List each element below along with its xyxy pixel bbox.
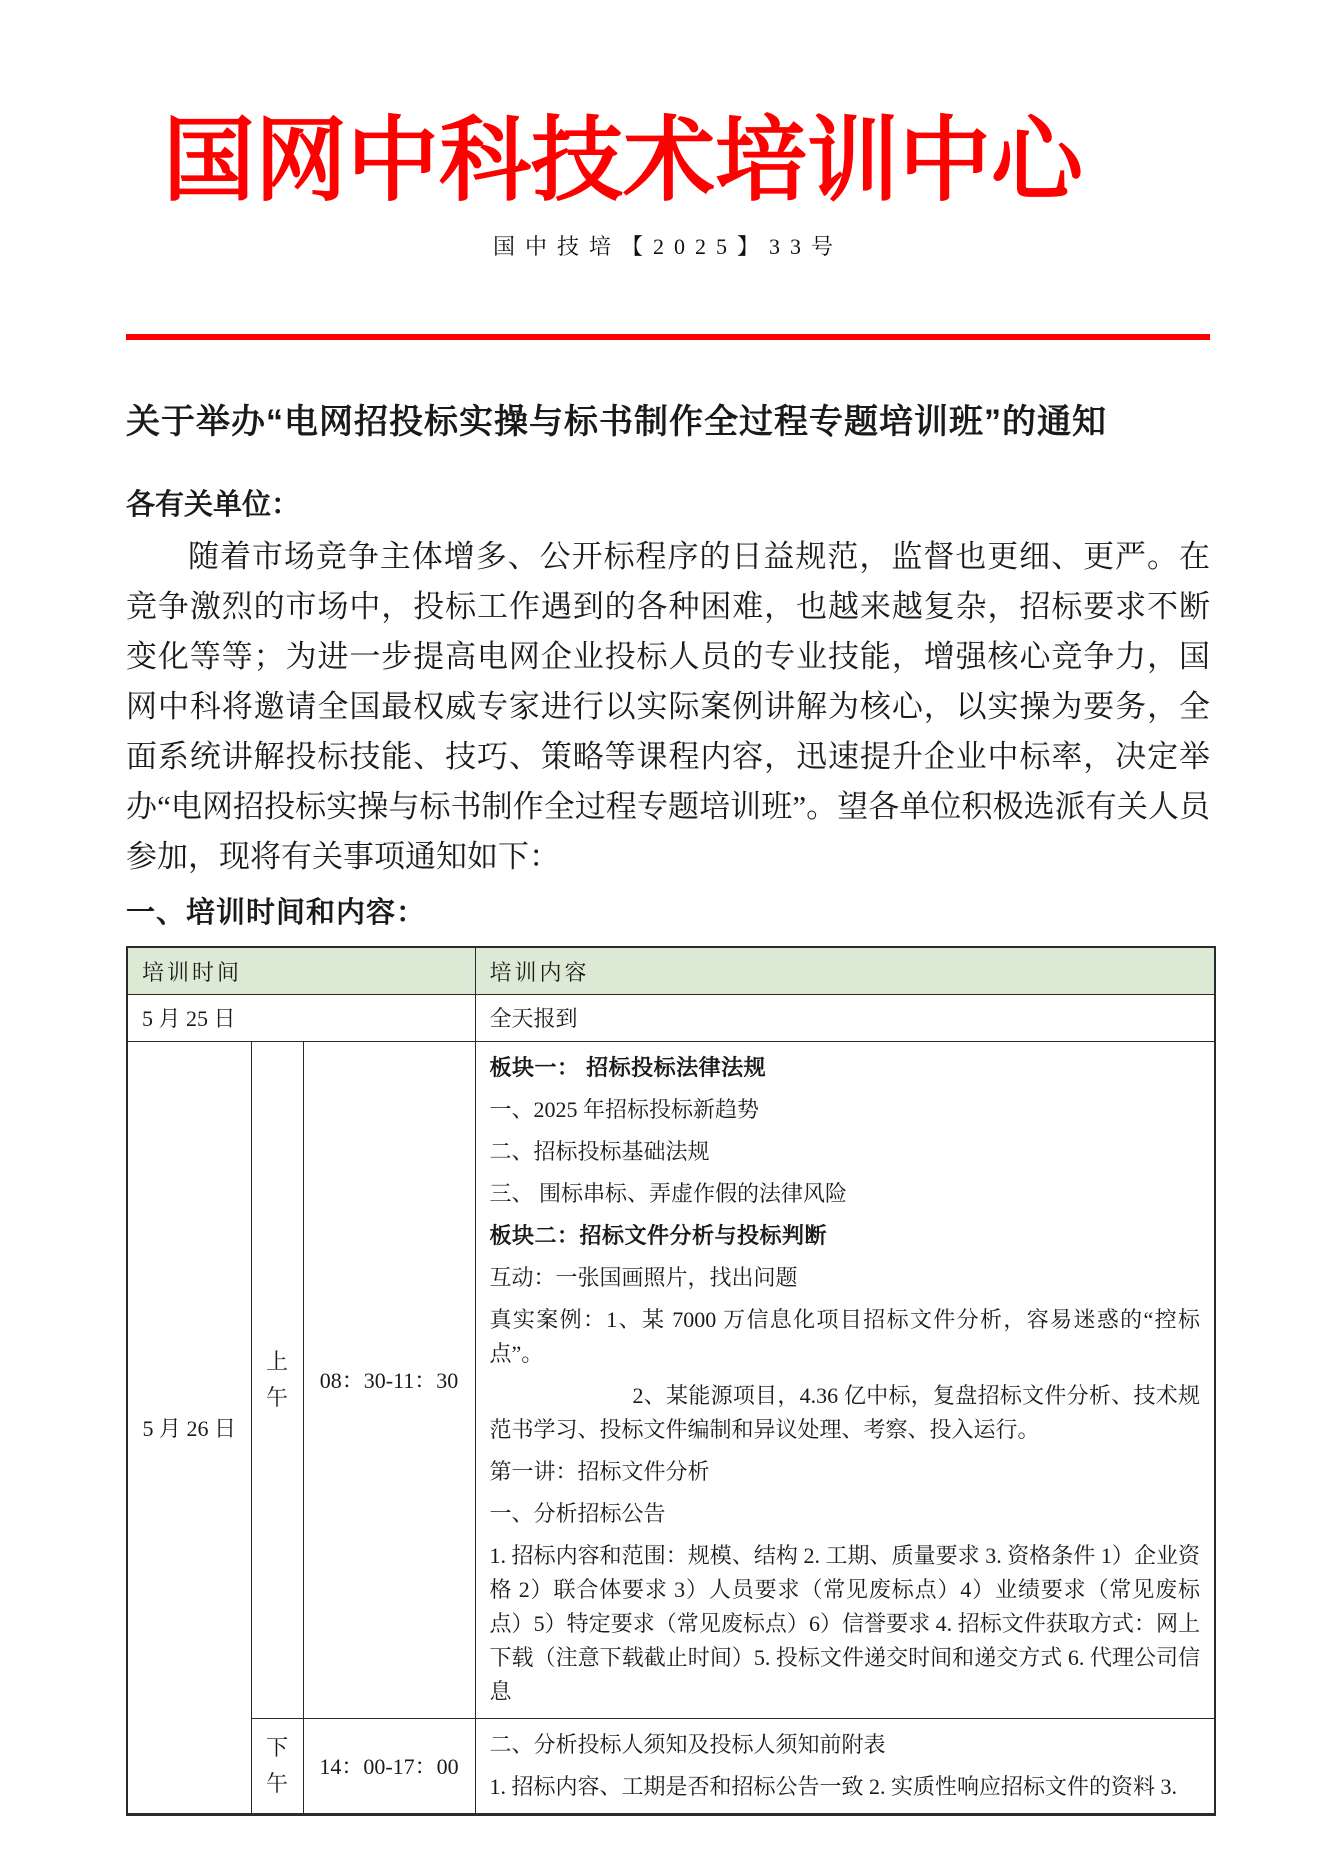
content-line: 第一讲：招标文件分析 (490, 1455, 1201, 1489)
letterhead-title: 国网中科技术培训中心 (81, 106, 1165, 216)
letterhead: 国网中科技术培训中心 国中技培【2025】33号 (126, 106, 1210, 340)
table-row-day1: 5 月 25 日 全天报到 (127, 994, 1215, 1041)
content-line: 板块一： 招标投标法律法规 (490, 1051, 1201, 1085)
table-header-row: 培训时间 培训内容 (127, 947, 1215, 994)
section-heading-training-time: 一、培训时间和内容： (126, 894, 1210, 932)
content-line: 一、分析招标公告 (490, 1497, 1201, 1531)
content-line: 三、 围标串标、弄虚作假的法律风险 (490, 1177, 1201, 1211)
notice-title: 关于举办“电网招投标实操与标书制作全过程专题培训班”的通知 (126, 400, 1210, 444)
day1-date-cell: 5 月 25 日 (127, 994, 475, 1041)
day2-pm-time-cell: 14：00-17：00 (303, 1718, 475, 1814)
table-row-day2-pm: 下午 14：00-17：00 二、分析投标人须知及投标人须知前附表 1. 招标内… (127, 1718, 1215, 1814)
notice-body: 关于举办“电网招投标实操与标书制作全过程专题培训班”的通知 各有关单位： 随着市… (126, 400, 1210, 1816)
content-line: 一、2025 年招标投标新趋势 (490, 1093, 1201, 1127)
content-line: 1. 招标内容、工期是否和招标公告一致 2. 实质性响应招标文件的资料 3. (490, 1770, 1201, 1804)
document-page: 国网中科技术培训中心 国中技培【2025】33号 关于举办“电网招投标实操与标书… (0, 0, 1323, 1871)
content-line: 1. 招标内容和范围：规模、结构 2. 工期、质量要求 3. 资格条件 1）企业… (490, 1539, 1201, 1709)
salutation: 各有关单位： (126, 486, 1210, 524)
doc-number: 国中技培【2025】33号 (126, 232, 1210, 262)
day2-am-content-cell: 板块一： 招标投标法律法规 一、2025 年招标投标新趋势 二、招标投标基础法规… (475, 1041, 1215, 1718)
content-line: 板块二：招标文件分析与投标判断 (490, 1219, 1201, 1253)
table-row-day2-am: 5 月 26 日 上午 08：30-11：30 板块一： 招标投标法律法规 一、… (127, 1041, 1215, 1718)
content-line: 二、招标投标基础法规 (490, 1135, 1201, 1169)
schedule-table: 培训时间 培训内容 5 月 25 日 全天报到 5 月 26 日 上午 08：3… (126, 946, 1216, 1816)
content-line: 二、分析投标人须知及投标人须知前附表 (490, 1728, 1201, 1762)
document-content: 国网中科技术培训中心 国中技培【2025】33号 关于举办“电网招投标实操与标书… (126, 106, 1210, 1816)
day2-am-period-cell: 上午 (251, 1041, 303, 1718)
content-line: 互动：一张国画照片，找出问题 (490, 1261, 1201, 1295)
day1-content-cell: 全天报到 (475, 994, 1215, 1041)
red-divider-rule (126, 334, 1210, 340)
day2-pm-period-cell: 下午 (251, 1718, 303, 1814)
day2-am-time-cell: 08：30-11：30 (303, 1041, 475, 1718)
day2-date-cell: 5 月 26 日 (127, 1041, 251, 1814)
header-cell-content: 培训内容 (475, 947, 1215, 994)
intro-paragraph: 随着市场竞争主体增多、公开标程序的日益规范，监督也更细、更严。在竞争激烈的市场中… (126, 532, 1210, 882)
header-cell-time: 培训时间 (127, 947, 475, 994)
day2-pm-content-cell: 二、分析投标人须知及投标人须知前附表 1. 招标内容、工期是否和招标公告一致 2… (475, 1718, 1215, 1814)
content-line: 真实案例：1、某 7000 万信息化项目招标文件分析，容易迷惑的“控标点”。 (490, 1303, 1201, 1371)
content-line: 2、某能源项目，4.36 亿中标，复盘招标文件分析、技术规范书学习、投标文件编制… (490, 1379, 1201, 1447)
